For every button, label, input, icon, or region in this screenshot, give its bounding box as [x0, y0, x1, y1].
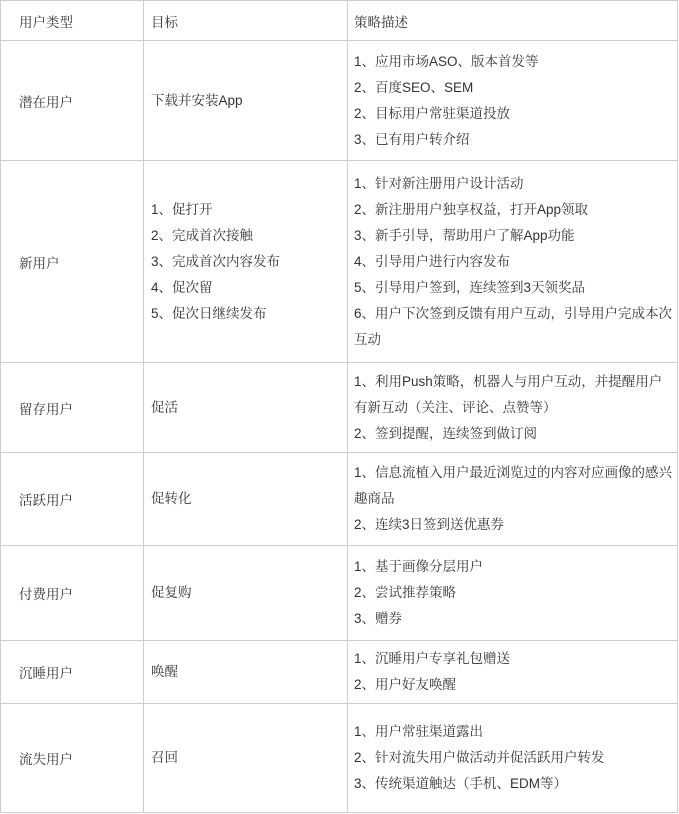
table-row-dormant-users: 沉睡用户 唤醒 1、沉睡用户专享礼包赠送 2、用户好友唤醒: [1, 641, 678, 704]
strategy-item: 2、百度SEO、SEM: [354, 75, 675, 101]
table-row-retained-users: 留存用户 促活 1、利用Push策略，机器人与用户互动，并提醒用户有新互动（关注…: [1, 363, 678, 453]
goal-item: 促复购: [151, 580, 343, 606]
goal-item: 1、促打开: [151, 197, 343, 223]
strategy-item: 3、已有用户转介绍: [354, 127, 675, 153]
column-header-strategy: 策略描述: [348, 1, 678, 41]
goal-item: 4、促次留: [151, 275, 343, 301]
strategy-cell: 1、用户常驻渠道露出 2、针对流失用户做活动并促活跃用户转发 3、传统渠道触达（…: [348, 704, 678, 813]
goal-item: 召回: [151, 745, 343, 771]
table-row-potential-users: 潜在用户 下载并安装App 1、应用市场ASO、版本首发等 2、百度SEO、SE…: [1, 41, 678, 161]
goal-item: 3、完成首次内容发布: [151, 249, 343, 275]
strategy-cell: 1、信息流植入用户最近浏览过的内容对应画像的感兴趣商品 2、连续3日签到送优惠券: [348, 453, 678, 546]
goal-cell: 唤醒: [144, 641, 348, 704]
table-row-new-users: 新用户 1、促打开 2、完成首次接触 3、完成首次内容发布 4、促次留 5、促次…: [1, 161, 678, 363]
column-header-goal: 目标: [144, 1, 348, 41]
goal-cell: 促活: [144, 363, 348, 453]
user-type-cell: 活跃用户: [1, 453, 144, 546]
user-type-cell: 潜在用户: [1, 41, 144, 161]
strategy-item: 2、尝试推荐策略: [354, 580, 675, 606]
strategy-item: 1、信息流植入用户最近浏览过的内容对应画像的感兴趣商品: [354, 460, 675, 512]
strategy-item: 3、新手引导，帮助用户了解App功能: [354, 223, 675, 249]
strategy-item: 1、针对新注册用户设计活动: [354, 171, 675, 197]
strategy-item: 1、利用Push策略，机器人与用户互动，并提醒用户有新互动（关注、评论、点赞等）: [354, 369, 675, 421]
strategy-item: 2、用户好友唤醒: [354, 672, 675, 698]
goal-cell: 下载并安装App: [144, 41, 348, 161]
strategy-cell: 1、针对新注册用户设计活动 2、新注册用户独享权益，打开App领取 3、新手引导…: [348, 161, 678, 363]
strategy-item: 1、基于画像分层用户: [354, 554, 675, 580]
goal-item: 促活: [151, 395, 343, 421]
goal-item: 2、完成首次接触: [151, 223, 343, 249]
strategy-item: 1、用户常驻渠道露出: [354, 719, 675, 745]
header-row: 用户类型 目标 策略描述: [1, 1, 678, 41]
strategy-item: 1、沉睡用户专享礼包赠送: [354, 646, 675, 672]
strategy-item: 5、引导用户签到，连续签到3天领奖品: [354, 275, 675, 301]
strategy-cell: 1、利用Push策略，机器人与用户互动，并提醒用户有新互动（关注、评论、点赞等）…: [348, 363, 678, 453]
strategy-item: 2、针对流失用户做活动并促活跃用户转发: [354, 745, 675, 771]
goal-cell: 1、促打开 2、完成首次接触 3、完成首次内容发布 4、促次留 5、促次日继续发…: [144, 161, 348, 363]
strategy-item: 3、传统渠道触达（手机、EDM等）: [354, 771, 675, 797]
user-type-cell: 新用户: [1, 161, 144, 363]
strategy-cell: 1、应用市场ASO、版本首发等 2、百度SEO、SEM 2、目标用户常驻渠道投放…: [348, 41, 678, 161]
goal-cell: 促转化: [144, 453, 348, 546]
table-row-churned-users: 流失用户 召回 1、用户常驻渠道露出 2、针对流失用户做活动并促活跃用户转发 3…: [1, 704, 678, 813]
strategy-item: 2、目标用户常驻渠道投放: [354, 101, 675, 127]
strategy-item: 2、签到提醒，连续签到做订阅: [354, 421, 675, 447]
strategy-cell: 1、沉睡用户专享礼包赠送 2、用户好友唤醒: [348, 641, 678, 704]
table-row-active-users: 活跃用户 促转化 1、信息流植入用户最近浏览过的内容对应画像的感兴趣商品 2、连…: [1, 453, 678, 546]
strategy-cell: 1、基于画像分层用户 2、尝试推荐策略 3、赠券: [348, 546, 678, 641]
user-type-cell: 沉睡用户: [1, 641, 144, 704]
goal-item: 唤醒: [151, 659, 343, 685]
user-type-cell: 付费用户: [1, 546, 144, 641]
table-row-paying-users: 付费用户 促复购 1、基于画像分层用户 2、尝试推荐策略 3、赠券: [1, 546, 678, 641]
strategy-item: 1、应用市场ASO、版本首发等: [354, 49, 675, 75]
goal-item: 促转化: [151, 486, 343, 512]
user-type-cell: 流失用户: [1, 704, 144, 813]
user-lifecycle-strategy-table: 用户类型 目标 策略描述 潜在用户 下载并安装App 1、应用市场ASO、版本首…: [0, 0, 678, 813]
strategy-item: 2、新注册用户独享权益，打开App领取: [354, 197, 675, 223]
strategy-item: 3、赠券: [354, 606, 675, 632]
strategy-item: 2、连续3日签到送优惠券: [354, 512, 675, 538]
goal-item: 下载并安装App: [151, 88, 343, 114]
column-header-user-type: 用户类型: [1, 1, 144, 41]
strategy-item: 4、引导用户进行内容发布: [354, 249, 675, 275]
goal-item: 5、促次日继续发布: [151, 301, 343, 327]
user-type-cell: 留存用户: [1, 363, 144, 453]
goal-cell: 促复购: [144, 546, 348, 641]
strategy-item: 6、用户下次签到反馈有用户互动，引导用户完成本次互动: [354, 301, 675, 353]
goal-cell: 召回: [144, 704, 348, 813]
